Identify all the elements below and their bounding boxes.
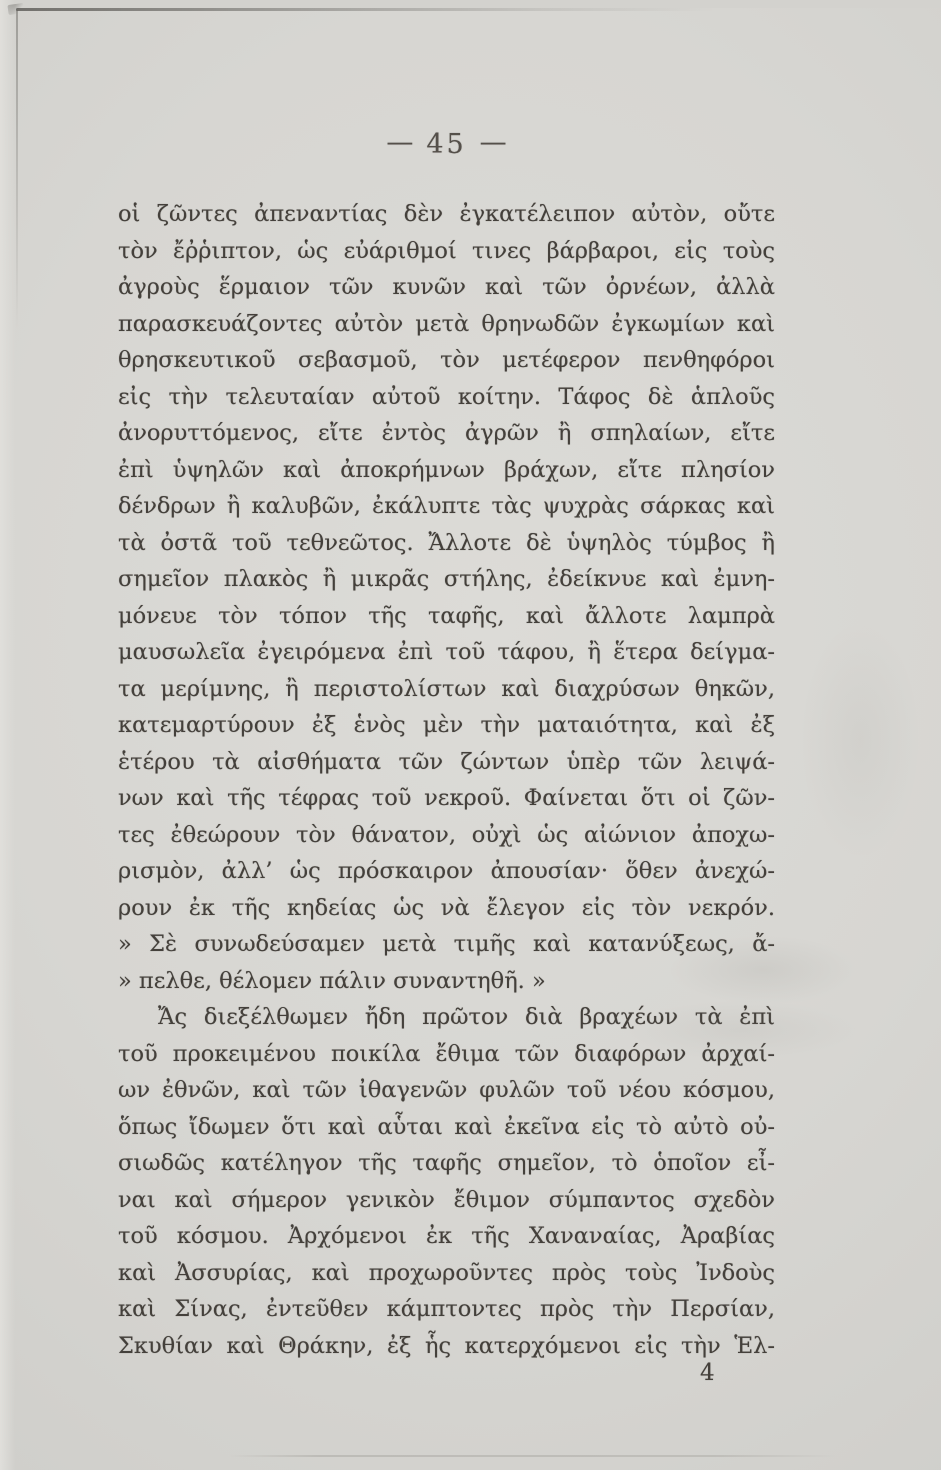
text-line: καὶ Σίνας, ἐντεῦθεν κάμπτοντες πρὸς τὴν …: [118, 1291, 775, 1328]
text-line: » Σὲ συνωδεύσαμεν μετὰ τιμῆς καὶ κατανύξ…: [118, 926, 775, 963]
text-line: ρισμὸν, ἀλλ’ ὡς πρόσκαιρον ἀπουσίαν· ὅθε…: [118, 853, 775, 890]
text-line: τοῦ κόσμου. Ἀρχόμενοι ἐκ τῆς Χαναναίας, …: [118, 1218, 775, 1255]
text-line: Ἄς διεξέλθωμεν ἤδη πρῶτον διὰ βραχέων τὰ…: [118, 999, 775, 1036]
text-line: ναι καὶ σήμερον γενικὸν ἔθιμον σύμπαντος…: [118, 1182, 775, 1219]
text-line: ων ἐθνῶν, καὶ τῶν ἰθαγενῶν φυλῶν τοῦ νέο…: [118, 1072, 775, 1109]
text-line: νων καὶ τῆς τέφρας τοῦ νεκροῦ. Φαίνεται …: [118, 780, 775, 817]
showthrough-smudge: [800, 620, 920, 860]
text-line: μόνευε τὸν τόπον τῆς ταφῆς, καὶ ἄλλοτε λ…: [118, 598, 775, 635]
scan-edge-left-line: [16, 10, 18, 330]
text-line: δένδρων ἢ καλυβῶν, ἐκάλυπτε τὰς ψυχρὰς σ…: [118, 488, 775, 525]
text-line: κατεμαρτύρουν ἐξ ἑνὸς μὲν τὴν ματαιότητα…: [118, 707, 775, 744]
page-header: —45—: [118, 128, 775, 162]
text-line: εἰς τὴν τελευταίαν αὐτοῦ κοίτην. Τάφος δ…: [118, 379, 775, 416]
scan-edge-left: [0, 0, 15, 1470]
text-line: τα μερίμνης, ἢ περιστολίστων καὶ διαχρύσ…: [118, 671, 775, 708]
text-line: σιωδῶς κατέληγον τῆς ταφῆς σημεῖον, τὸ ὁ…: [118, 1145, 775, 1182]
text-line: Σκυθίαν καὶ Θράκην, ἐξ ἧς κατερχόμενοι ε…: [118, 1328, 775, 1365]
header-dash-left: —: [386, 127, 413, 158]
header-dash-right: —: [480, 127, 507, 158]
text-line: ρουν ἐκ τῆς κηδείας ὡς νὰ ἔλεγον εἰς τὸν…: [118, 890, 775, 927]
scan-edge-top-line: [16, 8, 716, 11]
text-line: τὸν ἔῤῥιπτον, ὡς εὐάριθμοί τινες βάρβαρο…: [118, 233, 775, 270]
text-line: ἀνορυττόμενος, εἴτε ἐντὸς ἀγρῶν ἢ σπηλαί…: [118, 415, 775, 452]
text-line: μαυσωλεῖα ἐγειρόμενα ἐπὶ τοῦ τάφου, ἢ ἕτ…: [118, 634, 775, 671]
text-line: τοῦ προκειμένου ποικίλα ἔθιμα τῶν διαφόρ…: [118, 1036, 775, 1073]
text-line: » πελθε, θέλομεν πάλιν συναντηθῆ. »: [118, 963, 775, 1000]
text-line: ἀγροὺς ἕρμαιον τῶν κυνῶν καὶ τῶν ὀρνέων,…: [118, 269, 775, 306]
text-line: σημεῖον πλακὸς ἢ μικρᾶς στήλης, ἐδείκνυε…: [118, 561, 775, 598]
text-line: θρησκευτικοῦ σεβασμοῦ, τὸν μετέφερον πεν…: [118, 342, 775, 379]
text-line: τες ἐθεώρουν τὸν θάνατον, οὐχὶ ὡς αἰώνιο…: [118, 817, 775, 854]
scan-edge-top-paper: [0, 0, 941, 8]
text-line: ἑτέρου τὰ αἰσθήματα τῶν ζώντων ὑπὲρ τῶν …: [118, 744, 775, 781]
page-number: 45: [426, 129, 466, 160]
text-line: ὅπως ἴδωμεν ὅτι καὶ αὗται καὶ ἐκεῖνα εἰς…: [118, 1109, 775, 1146]
text-line: τὰ ὀστᾶ τοῦ τεθνεῶτος. Ἄλλοτε δὲ ὑψηλὸς …: [118, 525, 775, 562]
text-line: καὶ Ἀσσυρίας, καὶ προχωροῦντες πρὸς τοὺς…: [118, 1255, 775, 1292]
text-line: ἐπὶ ὑψηλῶν καὶ ἀποκρήμνων βράχων, εἴτε π…: [118, 452, 775, 489]
signature-mark: 4: [700, 1360, 715, 1386]
scanned-book-page: —45— οἱ ζῶντες ἀπεναντίας δὲν ἐγκατέλειπ…: [0, 0, 941, 1470]
bottom-fold-line: [228, 1455, 836, 1457]
body-text-block: οἱ ζῶντες ἀπεναντίας δὲν ἐγκατέλειπον αὐ…: [118, 196, 775, 1364]
text-line: οἱ ζῶντες ἀπεναντίας δὲν ἐγκατέλειπον αὐ…: [118, 196, 775, 233]
text-line: παρασκευάζοντες αὐτὸν μετὰ θρηνωδῶν ἐγκω…: [118, 306, 775, 343]
